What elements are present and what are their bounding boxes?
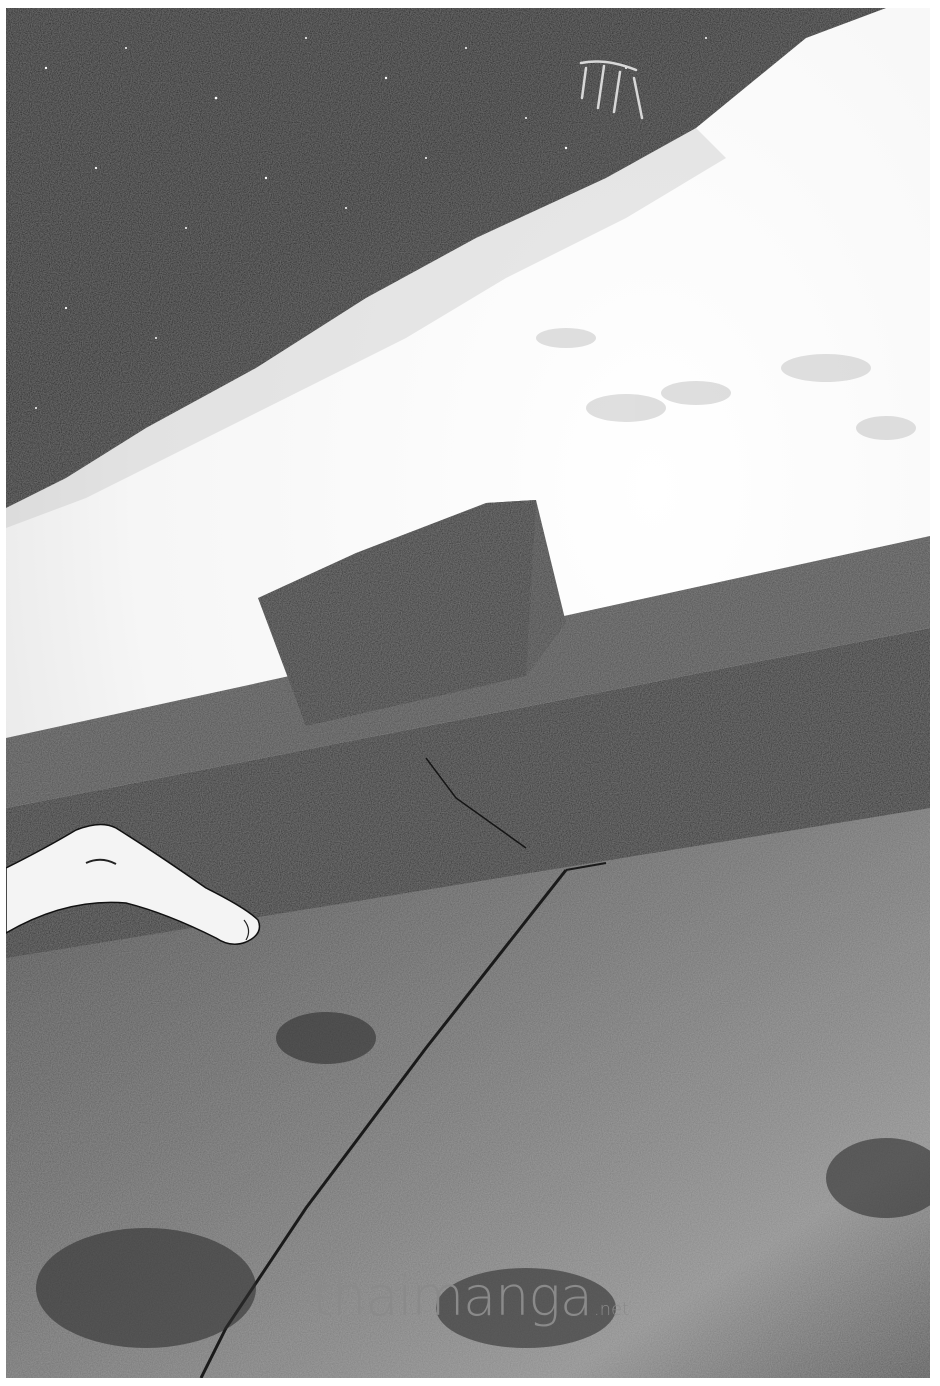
watermark-suffix: .net: [594, 1299, 629, 1320]
watermark-main: thaimanga: [312, 1265, 592, 1328]
watermark: thaimanga.net: [312, 1270, 629, 1324]
manga-page: thaimanga.net: [0, 0, 940, 1386]
scene-illustration: [6, 8, 930, 1378]
panel-frame: thaimanga.net: [6, 8, 930, 1378]
